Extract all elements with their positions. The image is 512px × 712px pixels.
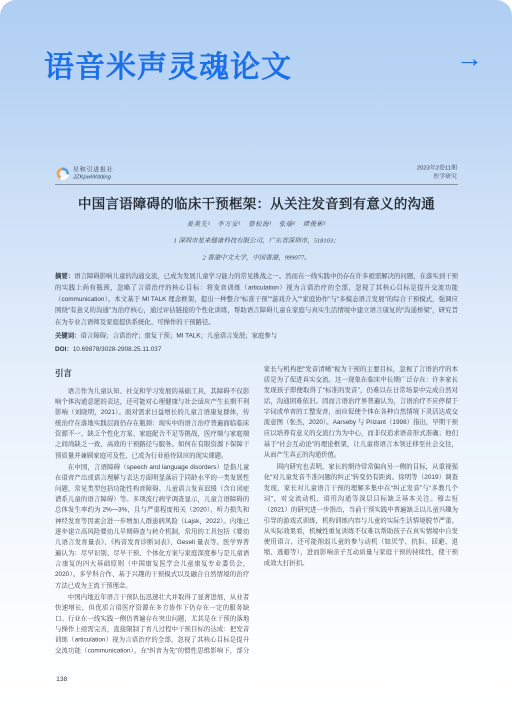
card-title: 语音米声灵魂论文 [44,42,292,86]
doi-text: 10.69878/3028-2908.25.11.037 [73,346,162,353]
page-number: 138 [55,674,458,682]
abstract-text: 语言障碍影响儿童的沟通交流，已成为发展儿童学习能力的常见挑战之一。然而在一线实践… [55,273,458,325]
paper-title: 中国言语障碍的临床干预框架：从关注发音到有意义的沟通 [55,193,458,213]
keywords-line: 关键词：语言障碍；言语治疗；康复干预；MI TALK；儿童语言发展；家庭参与 [55,330,458,341]
affiliation-2: 2 香港中文大学，中国香港，999077。 [55,253,458,262]
publisher-name-en: JZKpwWdding [73,174,113,181]
paper-page: 星和引进报社 JZKpwWdding 2023年2卷11期 医学研究 中国言语障… [55,163,458,693]
journal-section-label: 医学研究 [417,173,457,182]
card-header: 语音米声灵魂论文 → [0,0,512,100]
abstract: 摘要：语言障碍影响儿童的沟通交流，已成为发展儿童学习能力的常见挑战之一。然而在一… [55,271,458,328]
authors-line: 姜美先¹ 李万安¹ 曾松海¹ 张瑜² 谭俊彬¹ [55,219,458,228]
publisher-logo-icon [56,167,69,180]
affiliation-1: 1 深圳市星来健康科技有限公司，广东省深圳市，518103； [55,236,458,245]
publisher-name-cn: 星和引进报社 [73,166,113,174]
keywords-label: 关键词： [55,332,81,339]
body-paragraph: 在中国，言语障碍（speech and language disorders）是… [55,462,249,591]
masthead-divider [55,185,458,186]
body-paragraph: 国内研究也表明，家长的期待常常偏向另一侧的目标，从重视强化“对儿童发音不准问题的… [264,462,458,569]
issue-info: 2023年2卷11期 [417,164,457,173]
publisher-block: 星和引进报社 JZKpwWdding [56,166,113,181]
section-heading-intro: 引言 [55,366,249,380]
keywords-text: 语言障碍；言语治疗；康复干预；MI TALK；儿童语言发展；家庭参与 [81,332,278,339]
doi-label: DOI： [55,346,73,353]
issue-block: 2023年2卷11期 医学研究 [417,164,457,181]
body-two-columns: 引言 语言作为儿童认知、社交和学习发展的基础工具，其障碍不仅影响个体沟通意愿的表… [55,364,458,660]
paper-preview-card[interactable]: 语音米声灵魂论文 → 星和引进报社 JZKpwWdding 2023年2卷11期… [0,0,512,712]
doi-line: DOI：10.69878/3028-2908.25.11.037 [55,344,458,355]
open-arrow-icon[interactable]: → [456,45,483,72]
body-paragraph: 语言作为儿童认知、社交和学习发展的基础工具，其障碍不仅影响个体沟通意愿的表达，还… [55,386,249,461]
journal-masthead: 星和引进报社 JZKpwWdding 2023年2卷11期 医学研究 [55,163,458,185]
abstract-label: 摘要： [55,273,74,280]
